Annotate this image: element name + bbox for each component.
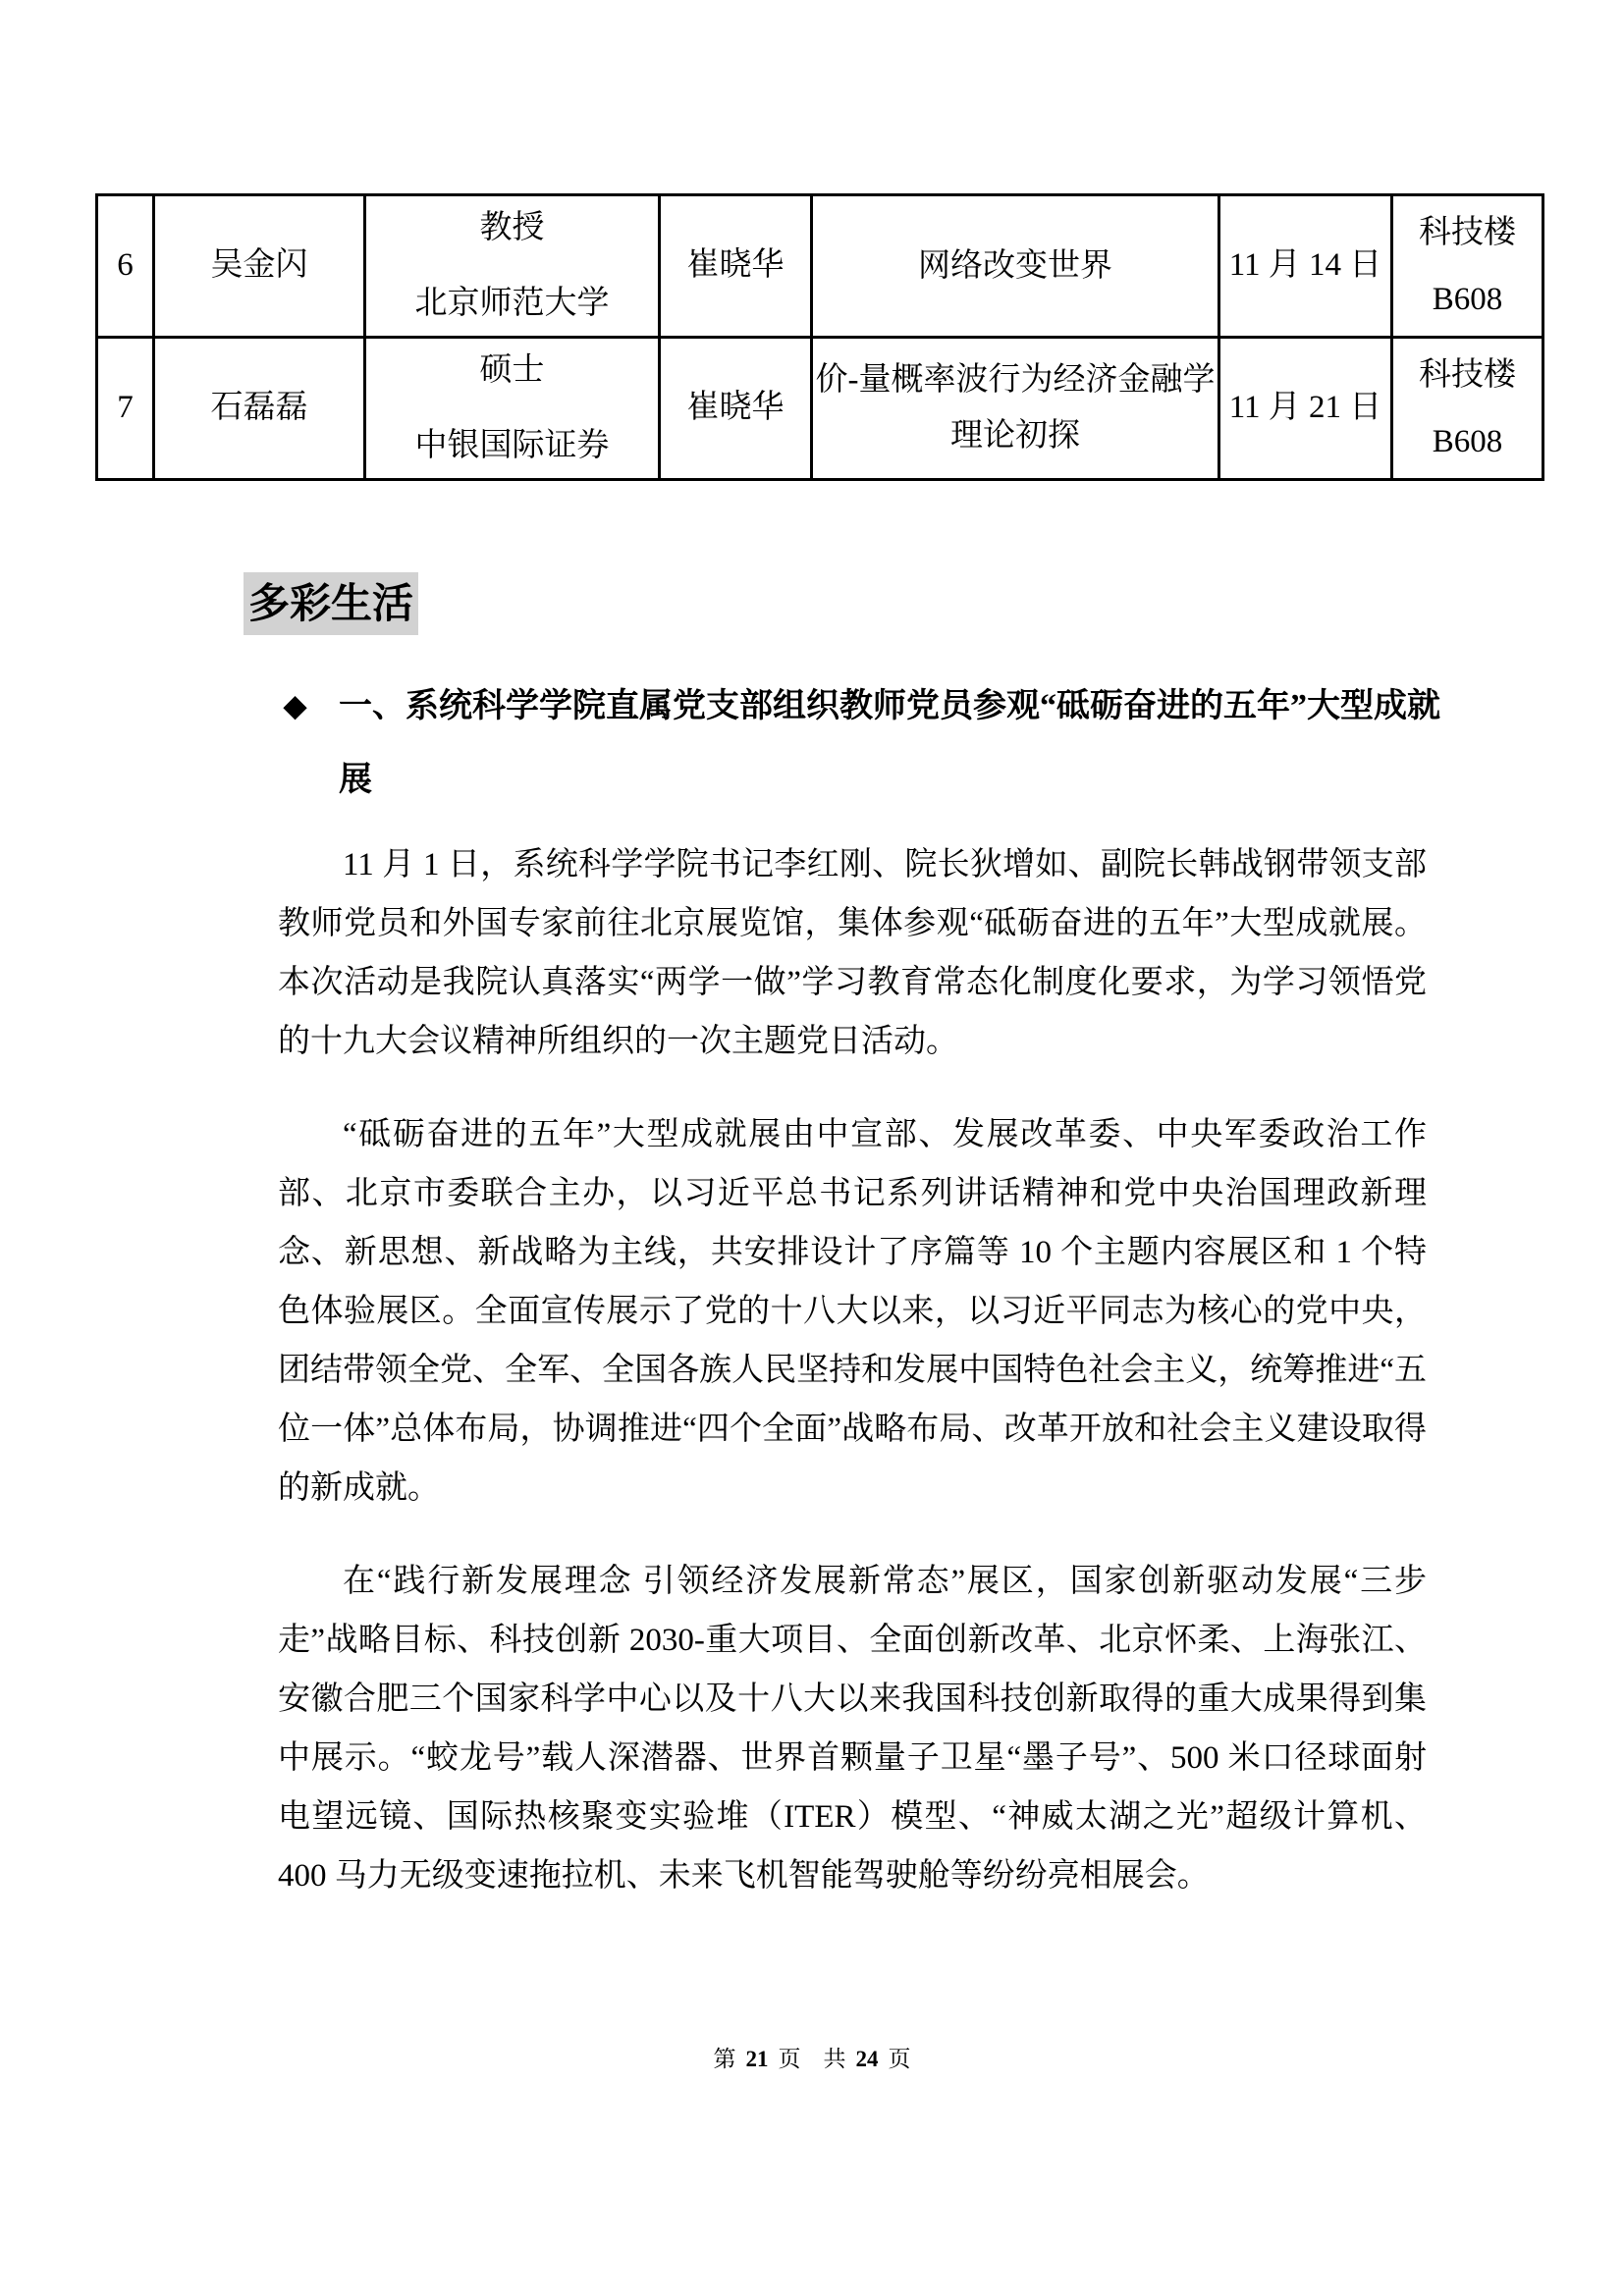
venue-building: 科技楼: [1419, 357, 1516, 393]
footer-label: 页: [889, 2047, 911, 2071]
venue-building: 科技楼: [1419, 215, 1516, 250]
document-page: 6 吴金闪 教授 北京师范大学 崔晓华 网络改变世界 11 月 14 日: [0, 0, 1624, 2296]
news-item-title: ◆ 一、系统科学学院直属党支部组织教师党员参观“砥砺奋进的五年”大型成就 展: [284, 669, 1466, 817]
speaker-title: 硕士: [366, 350, 658, 391]
total-pages: 24: [856, 2047, 879, 2071]
topic-line: 网络改变世界: [918, 248, 1112, 284]
speaker-affiliation: 北京师范大学: [366, 284, 658, 324]
topic-line: 价-量概率波行为经济金融学: [816, 362, 1216, 398]
cell-topic: 网络改变世界: [812, 195, 1219, 338]
cell-date: 11 月 14 日: [1219, 195, 1392, 338]
cell-index: 7: [97, 338, 154, 480]
cell-title-affiliation: 硕士 中银国际证券: [365, 338, 660, 480]
cell-venue: 科技楼B608: [1392, 338, 1543, 480]
table-row: 7 石磊磊 硕士 中银国际证券 崔晓华 价-量概率波行为经济金融学理论初探 11…: [97, 338, 1543, 480]
cell-venue: 科技楼B608: [1392, 195, 1543, 338]
topic-line: 理论初探: [950, 418, 1080, 454]
cell-speaker: 吴金闪: [154, 195, 365, 338]
title-line: 一、系统科学学院直属党支部组织教师党员参观“砥砺奋进的五年”大型成就: [339, 669, 1466, 743]
news-item-title-text: 一、系统科学学院直属党支部组织教师党员参观“砥砺奋进的五年”大型成就 展: [339, 669, 1466, 817]
footer-label: 共: [824, 2047, 846, 2071]
venue-room: B608: [1433, 424, 1503, 459]
diamond-bullet-icon: ◆: [284, 669, 339, 743]
schedule-table: 6 吴金闪 教授 北京师范大学 崔晓华 网络改变世界 11 月 14 日: [95, 193, 1544, 481]
cell-topic: 价-量概率波行为经济金融学理论初探: [812, 338, 1219, 480]
cell-speaker: 石磊磊: [154, 338, 365, 480]
cell-date: 11 月 21 日: [1219, 338, 1392, 480]
cell-index: 6: [97, 195, 154, 338]
venue-room: B608: [1433, 282, 1503, 317]
footer-label: 页: [779, 2047, 801, 2071]
title-line: 展: [339, 743, 1466, 817]
paragraph: 在“践行新发展理念 引领经济发展新常态”展区，国家创新驱动发展“三步走”战略目标…: [278, 1552, 1427, 1905]
cell-host: 崔晓华: [660, 195, 812, 338]
page-number: 21: [746, 2047, 769, 2071]
cell-title-affiliation: 教授 北京师范大学: [365, 195, 660, 338]
cell-host: 崔晓华: [660, 338, 812, 480]
section-heading: 多彩生活: [244, 572, 418, 635]
paragraph: “砥砺奋进的五年”大型成就展由中宣部、发展改革委、中央军委政治工作部、北京市委联…: [278, 1105, 1427, 1518]
paragraph: 11 月 1 日，系统科学学院书记李红刚、院长狄增如、副院长韩战钢带领支部教师党…: [278, 835, 1427, 1071]
footer-label: 第: [714, 2047, 736, 2071]
table-row: 6 吴金闪 教授 北京师范大学 崔晓华 网络改变世界 11 月 14 日: [97, 195, 1543, 338]
speaker-title: 教授: [366, 208, 658, 248]
article-body: 11 月 1 日，系统科学学院书记李红刚、院长狄增如、副院长韩战钢带领支部教师党…: [278, 835, 1427, 1940]
page-footer: 第21页共24页: [0, 2045, 1624, 2074]
speaker-affiliation: 中银国际证券: [366, 426, 658, 466]
